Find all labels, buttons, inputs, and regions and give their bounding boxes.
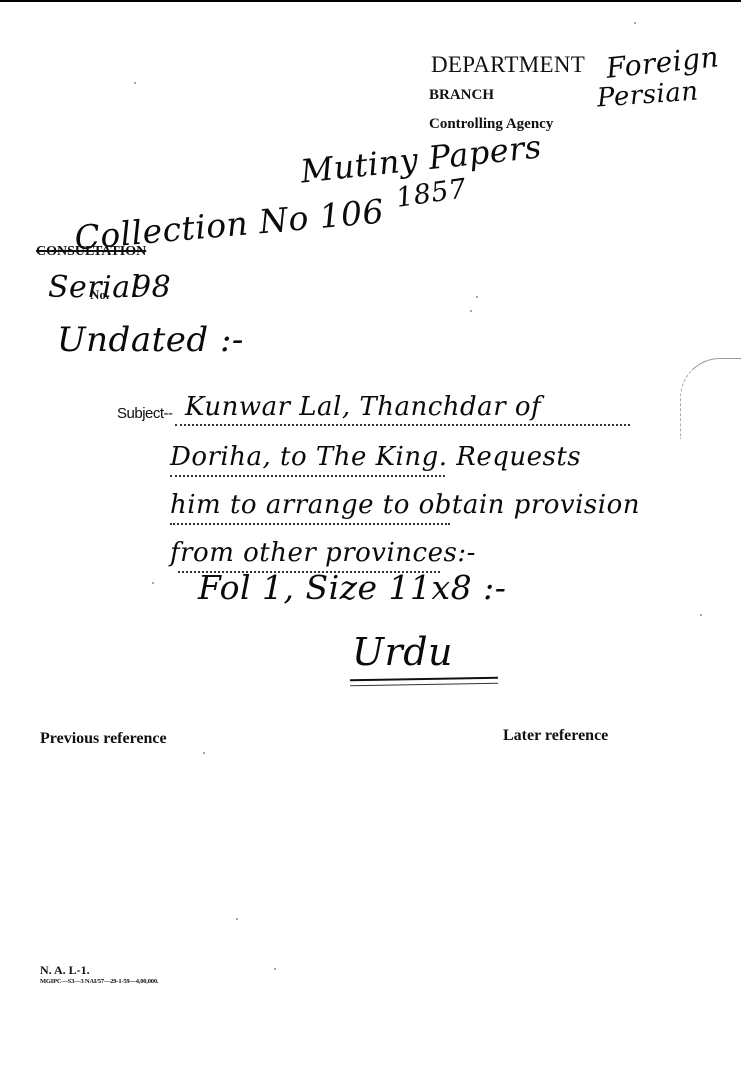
branch-label: BRANCH <box>429 87 494 104</box>
language: Urdu <box>352 630 453 674</box>
department-label: DEPARTMENT <box>431 52 585 78</box>
top-border-rule <box>0 0 741 2</box>
subject-dotted-line-2 <box>170 475 445 477</box>
folio-size: Fol 1, Size 11x8 :- <box>198 568 506 607</box>
later-reference-label: Later reference <box>503 727 608 745</box>
subject-line-3: him to arrange to obtain provision <box>170 490 640 520</box>
previous-reference-label: Previous reference <box>40 730 167 748</box>
serial-number: 98 <box>132 270 171 305</box>
branch-value: Persian <box>596 76 699 113</box>
margin-fold-mark <box>680 358 741 439</box>
subject-dotted-line-1 <box>175 424 630 426</box>
subject-line-2: Doriha, to The King. Requests <box>170 442 581 472</box>
form-code: N. A. L-1. <box>40 963 90 978</box>
serial-no-label: No. <box>90 287 109 303</box>
consultation-label-struck: CONSULTATION <box>36 244 146 260</box>
record-date: Undated :- <box>57 320 244 360</box>
subject-line-4: from other provinces:- <box>170 538 476 568</box>
print-line: MGIPC—S3—3 NAI/57—29-1-59—4,00,000. <box>40 978 158 985</box>
subject-dotted-line-3 <box>170 523 450 525</box>
subject-line-1: Kunwar Lal, Thanchdar of <box>185 392 541 422</box>
subject-label: Subject-- <box>117 405 173 422</box>
language-underline <box>350 677 498 687</box>
